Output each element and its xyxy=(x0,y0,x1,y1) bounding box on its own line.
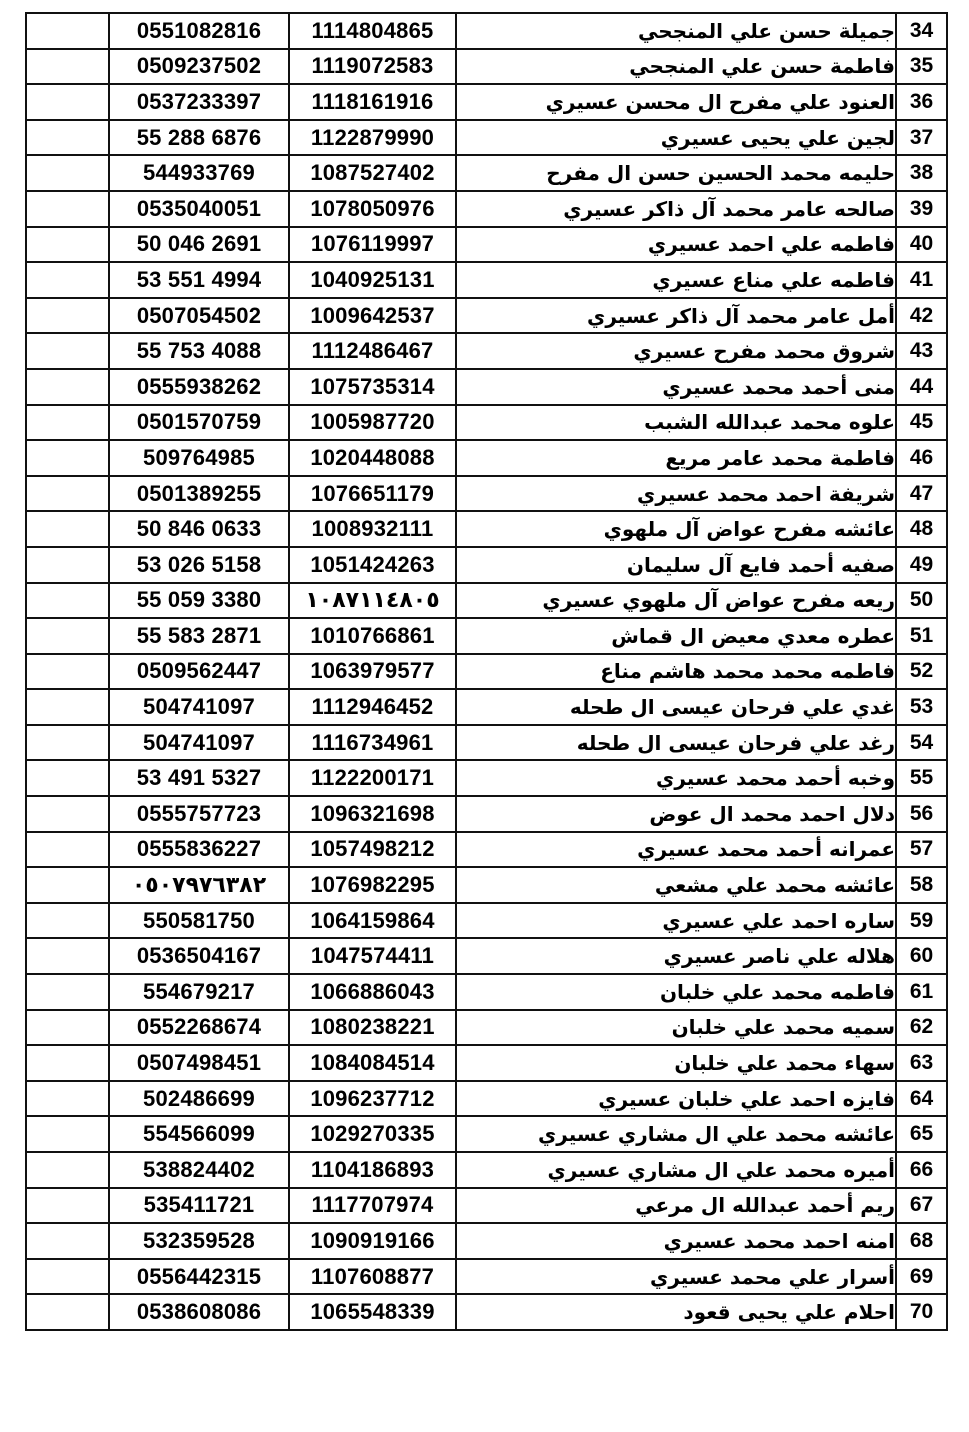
phone-cell: 535411721 xyxy=(109,1188,289,1224)
national-id-cell: 1084084514 xyxy=(289,1045,456,1081)
table-row: 5545660991029270335عائشه محمد علي ال مشا… xyxy=(26,1116,947,1152)
serial-number-cell: 39 xyxy=(896,191,947,227)
phone-cell: 509764985 xyxy=(109,440,289,476)
name-cell: سهاء محمد علي خلبان xyxy=(456,1045,896,1081)
blank-cell xyxy=(26,1081,109,1117)
blank-cell xyxy=(26,974,109,1010)
table-row: 53 026 51581051424263صفيه أحمد فايع آل س… xyxy=(26,547,947,583)
name-cell: لجين علي يحيى عسيري xyxy=(456,120,896,156)
table-row: 5546792171066886043فاطمه محمد علي خلبان6… xyxy=(26,974,947,1010)
table-row: 05350400511078050976صالحه عامر محمد آل ذ… xyxy=(26,191,947,227)
serial-number-cell: 45 xyxy=(896,405,947,441)
name-cell: هلاله علي ناصر عسيري xyxy=(456,938,896,974)
serial-number-cell: 44 xyxy=(896,369,947,405)
national-id-cell: 1096321698 xyxy=(289,796,456,832)
phone-cell: 0555757723 xyxy=(109,796,289,832)
serial-number-cell: 46 xyxy=(896,440,947,476)
national-id-cell: 1010766861 xyxy=(289,618,456,654)
table-row: 05522686741080238221سميه محمد علي خلبان6… xyxy=(26,1010,947,1046)
roster-table: 05510828161114804865جميلة حسن علي المنجح… xyxy=(25,12,948,1331)
national-id-cell: 1040925131 xyxy=(289,262,456,298)
name-cell: أمل عامر محمد آل ذاكر عسيري xyxy=(456,298,896,334)
phone-cell: 55 059 3380 xyxy=(109,583,289,619)
serial-number-cell: 47 xyxy=(896,476,947,512)
name-cell: حليمه محمد الحسين حسن ال مفرح xyxy=(456,155,896,191)
table-row: 5047410971112946452غدي علي فرحان عيسى ال… xyxy=(26,689,947,725)
blank-cell xyxy=(26,1152,109,1188)
national-id-cell: ١٠٨٧١١٤٨٠٥ xyxy=(289,583,456,619)
serial-number-cell: 61 xyxy=(896,974,947,1010)
table-row: 05564423151107608877أسرار علي محمد عسيري… xyxy=(26,1259,947,1295)
national-id-cell: 1005987720 xyxy=(289,405,456,441)
serial-number-cell: 58 xyxy=(896,867,947,903)
document-sheet: 05510828161114804865جميلة حسن علي المنجح… xyxy=(25,12,946,1331)
table-row: 5024866991096237712فايزه احمد علي خلبان … xyxy=(26,1081,947,1117)
serial-number-cell: 70 xyxy=(896,1294,947,1330)
name-cell: احلام علي يحيى قعود xyxy=(456,1294,896,1330)
blank-cell xyxy=(26,405,109,441)
blank-cell xyxy=(26,262,109,298)
phone-cell: 55 753 4088 xyxy=(109,333,289,369)
table-row: 5097649851020448088فاطمة محمد عامر مريع4… xyxy=(26,440,947,476)
name-cell: سميه محمد علي خلبان xyxy=(456,1010,896,1046)
serial-number-cell: 38 xyxy=(896,155,947,191)
name-cell: صفيه أحمد فايع آل سليمان xyxy=(456,547,896,583)
roster-body: 05510828161114804865جميلة حسن علي المنجح… xyxy=(26,13,947,1330)
blank-cell xyxy=(26,725,109,761)
table-row: 05372333971118161916العنود علي مفرح ال م… xyxy=(26,84,947,120)
phone-cell: 53 551 4994 xyxy=(109,262,289,298)
phone-cell: 0538608086 xyxy=(109,1294,289,1330)
national-id-cell: 1096237712 xyxy=(289,1081,456,1117)
table-row: 05092375021119072583فاطمة حسن علي المنجح… xyxy=(26,49,947,85)
table-row: 05386080861065548339احلام علي يحيى قعود7… xyxy=(26,1294,947,1330)
name-cell: رغد علي فرحان عيسى ال طحله xyxy=(456,725,896,761)
name-cell: ريم أحمد عبدالله ال مرعي xyxy=(456,1188,896,1224)
national-id-cell: 1009642537 xyxy=(289,298,456,334)
phone-cell: 0555938262 xyxy=(109,369,289,405)
table-row: 05557577231096321698دلال احمد محمد ال عو… xyxy=(26,796,947,832)
phone-cell: 504741097 xyxy=(109,689,289,725)
national-id-cell: 1119072583 xyxy=(289,49,456,85)
name-cell: جميلة حسن علي المنجحي xyxy=(456,13,896,49)
phone-cell: 0552268674 xyxy=(109,1010,289,1046)
serial-number-cell: 42 xyxy=(896,298,947,334)
national-id-cell: 1116734961 xyxy=(289,725,456,761)
name-cell: العنود علي مفرح ال محسن عسيري xyxy=(456,84,896,120)
table-row: 05559382621075735314منى أحمد محمد عسيري4… xyxy=(26,369,947,405)
blank-cell xyxy=(26,1223,109,1259)
phone-cell: 504741097 xyxy=(109,725,289,761)
serial-number-cell: 51 xyxy=(896,618,947,654)
serial-number-cell: 60 xyxy=(896,938,947,974)
serial-number-cell: 57 xyxy=(896,832,947,868)
phone-cell: 0556442315 xyxy=(109,1259,289,1295)
name-cell: فاطمه محمد علي خلبان xyxy=(456,974,896,1010)
national-id-cell: 1078050976 xyxy=(289,191,456,227)
national-id-cell: 1051424263 xyxy=(289,547,456,583)
name-cell: عائشه مفرح عواض آل ملهوي xyxy=(456,511,896,547)
name-cell: عمرانه أحمد محمد عسيري xyxy=(456,832,896,868)
table-row: 5354117211117707974ريم أحمد عبدالله ال م… xyxy=(26,1188,947,1224)
phone-cell: ٠٥٠٧٩٧٦٣٨٢ xyxy=(109,867,289,903)
blank-cell xyxy=(26,938,109,974)
national-id-cell: 1066886043 xyxy=(289,974,456,1010)
blank-cell xyxy=(26,796,109,832)
blank-cell xyxy=(26,1045,109,1081)
national-id-cell: 1112946452 xyxy=(289,689,456,725)
national-id-cell: 1122879990 xyxy=(289,120,456,156)
name-cell: فاطمة محمد عامر مريع xyxy=(456,440,896,476)
blank-cell xyxy=(26,1294,109,1330)
blank-cell xyxy=(26,760,109,796)
phone-cell: 0551082816 xyxy=(109,13,289,49)
blank-cell xyxy=(26,227,109,263)
serial-number-cell: 55 xyxy=(896,760,947,796)
table-row: 05510828161114804865جميلة حسن علي المنجح… xyxy=(26,13,947,49)
national-id-cell: 1057498212 xyxy=(289,832,456,868)
blank-cell xyxy=(26,440,109,476)
phone-cell: 53 491 5327 xyxy=(109,760,289,796)
serial-number-cell: 54 xyxy=(896,725,947,761)
blank-cell xyxy=(26,1259,109,1295)
name-cell: فاطمة حسن علي المنجحي xyxy=(456,49,896,85)
national-id-cell: 1118161916 xyxy=(289,84,456,120)
serial-number-cell: 35 xyxy=(896,49,947,85)
phone-cell: 554566099 xyxy=(109,1116,289,1152)
table-row: 55 059 3380١٠٨٧١١٤٨٠٥ريعه مفرح عواض آل م… xyxy=(26,583,947,619)
blank-cell xyxy=(26,13,109,49)
phone-cell: 0501570759 xyxy=(109,405,289,441)
phone-cell: 0507498451 xyxy=(109,1045,289,1081)
national-id-cell: 1047574411 xyxy=(289,938,456,974)
table-row: 55 753 40881112486467شروق محمد مفرح عسير… xyxy=(26,333,947,369)
national-id-cell: 1107608877 xyxy=(289,1259,456,1295)
blank-cell xyxy=(26,618,109,654)
serial-number-cell: 50 xyxy=(896,583,947,619)
serial-number-cell: 40 xyxy=(896,227,947,263)
name-cell: صالحه عامر محمد آل ذاكر عسيري xyxy=(456,191,896,227)
serial-number-cell: 66 xyxy=(896,1152,947,1188)
name-cell: أسرار علي محمد عسيري xyxy=(456,1259,896,1295)
serial-number-cell: 37 xyxy=(896,120,947,156)
serial-number-cell: 34 xyxy=(896,13,947,49)
serial-number-cell: 36 xyxy=(896,84,947,120)
name-cell: عائشه محمد علي مشعي xyxy=(456,867,896,903)
blank-cell xyxy=(26,689,109,725)
phone-cell: 0537233397 xyxy=(109,84,289,120)
name-cell: عائشه محمد علي ال مشاري عسيري xyxy=(456,1116,896,1152)
serial-number-cell: 52 xyxy=(896,654,947,690)
name-cell: فايزه احمد علي خلبان عسيري xyxy=(456,1081,896,1117)
blank-cell xyxy=(26,191,109,227)
name-cell: أميره محمد علي ال مشاري عسيري xyxy=(456,1152,896,1188)
table-row: 05070545021009642537أمل عامر محمد آل ذاك… xyxy=(26,298,947,334)
national-id-cell: 1075735314 xyxy=(289,369,456,405)
table-row: 05074984511084084514سهاء محمد علي خلبان6… xyxy=(26,1045,947,1081)
blank-cell xyxy=(26,832,109,868)
phone-cell: 538824402 xyxy=(109,1152,289,1188)
blank-cell xyxy=(26,903,109,939)
phone-cell: 0507054502 xyxy=(109,298,289,334)
table-row: 55 288 68761122879990لجين علي يحيى عسيري… xyxy=(26,120,947,156)
national-id-cell: 1114804865 xyxy=(289,13,456,49)
serial-number-cell: 69 xyxy=(896,1259,947,1295)
blank-cell xyxy=(26,511,109,547)
blank-cell xyxy=(26,583,109,619)
name-cell: علوه محمد عبدالله الشبب xyxy=(456,405,896,441)
name-cell: وخبه أحمد محمد عسيري xyxy=(456,760,896,796)
serial-number-cell: 48 xyxy=(896,511,947,547)
table-row: 50 846 06331008932111عائشه مفرح عواض آل … xyxy=(26,511,947,547)
phone-cell: 0501389255 xyxy=(109,476,289,512)
blank-cell xyxy=(26,298,109,334)
national-id-cell: 1076651179 xyxy=(289,476,456,512)
serial-number-cell: 67 xyxy=(896,1188,947,1224)
name-cell: دلال احمد محمد ال عوض xyxy=(456,796,896,832)
national-id-cell: 1076119997 xyxy=(289,227,456,263)
serial-number-cell: 43 xyxy=(896,333,947,369)
name-cell: امنه احمد محمد عسيري xyxy=(456,1223,896,1259)
blank-cell xyxy=(26,547,109,583)
phone-cell: 554679217 xyxy=(109,974,289,1010)
phone-cell: 0536504167 xyxy=(109,938,289,974)
phone-cell: 0509237502 xyxy=(109,49,289,85)
serial-number-cell: 53 xyxy=(896,689,947,725)
table-row: 05365041671047574411هلاله علي ناصر عسيري… xyxy=(26,938,947,974)
phone-cell: 53 026 5158 xyxy=(109,547,289,583)
blank-cell xyxy=(26,654,109,690)
national-id-cell: 1065548339 xyxy=(289,1294,456,1330)
national-id-cell: 1087527402 xyxy=(289,155,456,191)
phone-cell: 0535040051 xyxy=(109,191,289,227)
name-cell: شروق محمد مفرح عسيري xyxy=(456,333,896,369)
blank-cell xyxy=(26,120,109,156)
national-id-cell: 1104186893 xyxy=(289,1152,456,1188)
phone-cell: 544933769 xyxy=(109,155,289,191)
serial-number-cell: 56 xyxy=(896,796,947,832)
national-id-cell: 1063979577 xyxy=(289,654,456,690)
phone-cell: 0555836227 xyxy=(109,832,289,868)
phone-cell: 50 846 0633 xyxy=(109,511,289,547)
table-row: 5388244021104186893أميره محمد علي ال مشا… xyxy=(26,1152,947,1188)
table-row: 5449337691087527402حليمه محمد الحسين حسن… xyxy=(26,155,947,191)
table-row: 5323595281090919166امنه احمد محمد عسيري6… xyxy=(26,1223,947,1259)
serial-number-cell: 59 xyxy=(896,903,947,939)
national-id-cell: 1090919166 xyxy=(289,1223,456,1259)
name-cell: منى أحمد محمد عسيري xyxy=(456,369,896,405)
blank-cell xyxy=(26,84,109,120)
national-id-cell: 1080238221 xyxy=(289,1010,456,1046)
name-cell: عطره معدي معيض ال قماش xyxy=(456,618,896,654)
table-row: 05095624471063979577فاطمه محمد محمد هاشم… xyxy=(26,654,947,690)
serial-number-cell: 63 xyxy=(896,1045,947,1081)
phone-cell: 55 583 2871 xyxy=(109,618,289,654)
serial-number-cell: 62 xyxy=(896,1010,947,1046)
serial-number-cell: 64 xyxy=(896,1081,947,1117)
table-row: 53 551 49941040925131فاطمه علي مناع عسير… xyxy=(26,262,947,298)
serial-number-cell: 68 xyxy=(896,1223,947,1259)
table-row: 05015707591005987720علوه محمد عبدالله ال… xyxy=(26,405,947,441)
table-row: 5047410971116734961رغد علي فرحان عيسى ال… xyxy=(26,725,947,761)
national-id-cell: 1008932111 xyxy=(289,511,456,547)
phone-cell: 550581750 xyxy=(109,903,289,939)
national-id-cell: 1029270335 xyxy=(289,1116,456,1152)
phone-cell: 532359528 xyxy=(109,1223,289,1259)
table-row: ٠٥٠٧٩٧٦٣٨٢1076982295عائشه محمد علي مشعي5… xyxy=(26,867,947,903)
name-cell: غدي علي فرحان عيسى ال طحله xyxy=(456,689,896,725)
blank-cell xyxy=(26,867,109,903)
name-cell: ساره احمد علي عسيري xyxy=(456,903,896,939)
phone-cell: 55 288 6876 xyxy=(109,120,289,156)
phone-cell: 502486699 xyxy=(109,1081,289,1117)
blank-cell xyxy=(26,369,109,405)
national-id-cell: 1122200171 xyxy=(289,760,456,796)
phone-cell: 50 046 2691 xyxy=(109,227,289,263)
blank-cell xyxy=(26,1188,109,1224)
national-id-cell: 1117707974 xyxy=(289,1188,456,1224)
table-row: 05558362271057498212عمرانه أحمد محمد عسي… xyxy=(26,832,947,868)
national-id-cell: 1112486467 xyxy=(289,333,456,369)
blank-cell xyxy=(26,476,109,512)
name-cell: شريفة احمد محمد عسيري xyxy=(456,476,896,512)
table-row: 05013892551076651179شريفة احمد محمد عسير… xyxy=(26,476,947,512)
blank-cell xyxy=(26,1010,109,1046)
name-cell: فاطمه محمد محمد هاشم مناع xyxy=(456,654,896,690)
name-cell: فاطمه علي احمد عسيري xyxy=(456,227,896,263)
blank-cell xyxy=(26,333,109,369)
national-id-cell: 1020448088 xyxy=(289,440,456,476)
name-cell: فاطمه علي مناع عسيري xyxy=(456,262,896,298)
blank-cell xyxy=(26,155,109,191)
serial-number-cell: 41 xyxy=(896,262,947,298)
table-row: 55 583 28711010766861عطره معدي معيض ال ق… xyxy=(26,618,947,654)
table-row: 53 491 53271122200171وخبه أحمد محمد عسير… xyxy=(26,760,947,796)
table-row: 50 046 26911076119997فاطمه علي احمد عسير… xyxy=(26,227,947,263)
name-cell: ريعه مفرح عواض آل ملهوي عسيري xyxy=(456,583,896,619)
national-id-cell: 1064159864 xyxy=(289,903,456,939)
serial-number-cell: 49 xyxy=(896,547,947,583)
national-id-cell: 1076982295 xyxy=(289,867,456,903)
serial-number-cell: 65 xyxy=(896,1116,947,1152)
blank-cell xyxy=(26,1116,109,1152)
table-row: 5505817501064159864ساره احمد علي عسيري59 xyxy=(26,903,947,939)
phone-cell: 0509562447 xyxy=(109,654,289,690)
blank-cell xyxy=(26,49,109,85)
